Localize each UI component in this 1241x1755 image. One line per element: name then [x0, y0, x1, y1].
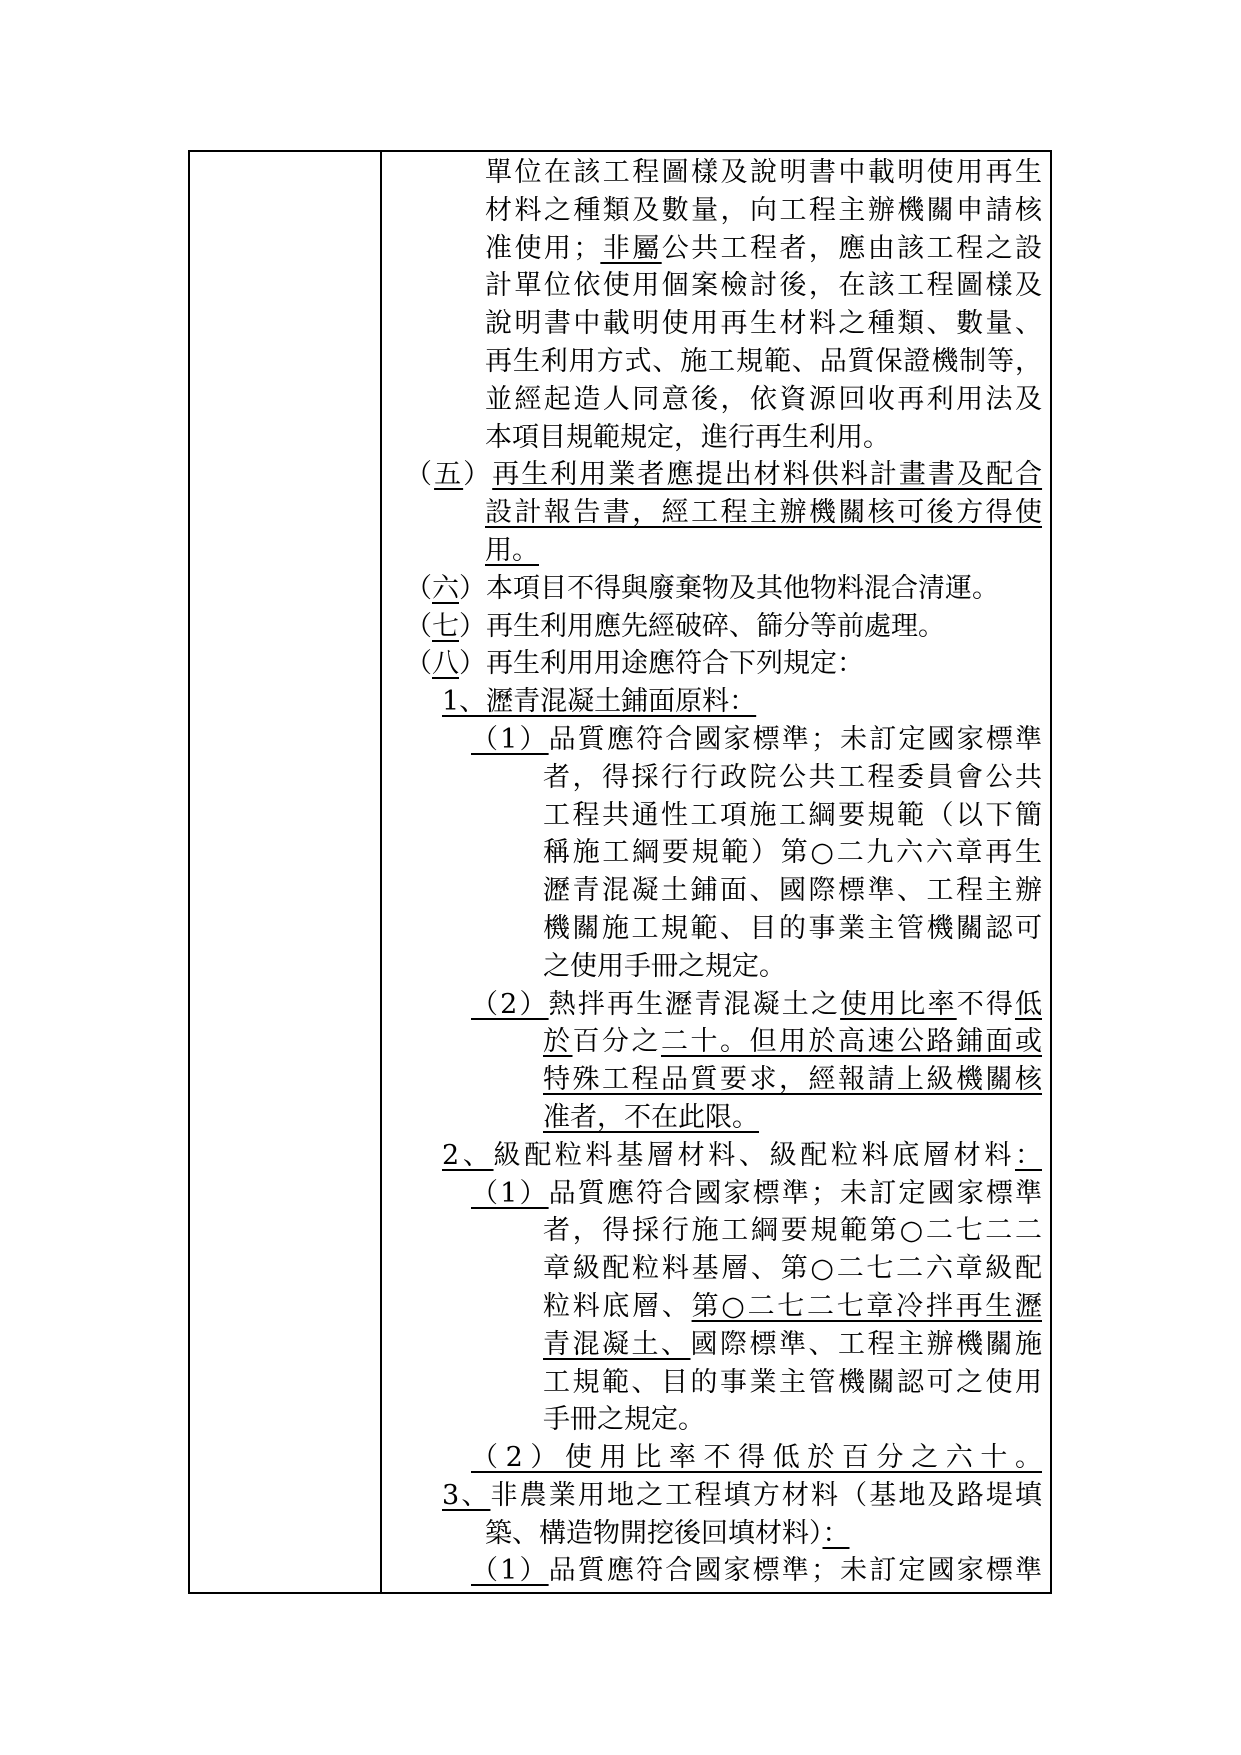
- text-run: 單位在該工程圖樣及說明書中載明使用再生: [485, 157, 1042, 188]
- text-run: 不得: [957, 989, 1015, 1020]
- text-run: 材料之種類及數量，向工程主辦機關申請核: [485, 195, 1042, 226]
- text-run: 再生利用方式、施工規範、品質保證機制等，: [485, 346, 1042, 377]
- text-run: 非農業用地之工程填方材料（基地及路堤填: [490, 1480, 1042, 1511]
- document-line: 者，得採行施工綱要規範第○二七二二: [382, 1212, 1042, 1250]
- document-line: 築、構造物開挖後回填材料）：: [382, 1515, 1042, 1553]
- text-run: （: [405, 573, 432, 604]
- underlined-text-run: 3、: [442, 1480, 490, 1511]
- underlined-text-run: 七: [432, 611, 459, 642]
- text-run: ）: [459, 648, 486, 679]
- document-line: 特殊工程品質要求，經報請上級機關核: [382, 1061, 1042, 1099]
- document-line: 計單位依使用個案檢討後，在該工程圖樣及: [382, 267, 1042, 305]
- underlined-text-run: 低: [1015, 989, 1042, 1020]
- text-run: 級配粒料基層材料、級配粒料底層材料: [494, 1140, 1015, 1171]
- text-run: 之使用手冊之規定。: [543, 951, 786, 982]
- document-line: 稱施工綱要規範）第○二九六六章再生: [382, 834, 1042, 872]
- page: 單位在該工程圖樣及說明書中載明使用再生材料之種類及數量，向工程主辦機關申請核准使…: [0, 0, 1241, 1755]
- text-run: 品質應符合國家標準；未訂定國家標準: [549, 1178, 1042, 1209]
- underlined-text-run: （1）: [471, 1555, 549, 1586]
- underlined-text-run: 准者，不在此限。: [543, 1102, 759, 1133]
- document-line: （五）再生利用業者應提出材料供料計畫書及配合: [382, 456, 1042, 494]
- document-line: 者，得採行行政院公共工程委員會公共: [382, 759, 1042, 797]
- text-run: 百分之: [573, 1026, 662, 1057]
- text-run: ）: [459, 573, 486, 604]
- underlined-text-run: 1、瀝青混凝土鋪面原料：: [442, 686, 756, 717]
- text-run: 者，得採行行政院公共工程委員會公共: [543, 762, 1042, 793]
- text-run: 瀝青混凝土鋪面、國際標準、工程主辦: [543, 875, 1042, 906]
- underlined-text-run: 用。: [485, 535, 539, 566]
- document-line: 機關施工規範、目的事業主管機關認可: [382, 910, 1042, 948]
- document-line: 2、級配粒料基層材料、級配粒料底層材料：: [382, 1137, 1042, 1175]
- document-line: 再生利用方式、施工規範、品質保證機制等，: [382, 343, 1042, 381]
- document-line: 設計報告書，經工程主辦機關核可後方得使: [382, 494, 1042, 532]
- text-run: 國際標準、工程主辦機關施: [691, 1329, 1043, 1360]
- text-run: 公共工程者，應由該工程之設: [662, 233, 1042, 264]
- document-line: 准者，不在此限。: [382, 1099, 1042, 1137]
- text-run: 本項目規範規定，進行再生利用。: [485, 422, 890, 453]
- document-line: 之使用手冊之規定。: [382, 948, 1042, 986]
- text-run: 說明書中載明使用再生材料之種類、數量、: [485, 308, 1042, 339]
- text-run: 准使用；: [485, 233, 600, 264]
- document-line: 並經起造人同意後，依資源回收再利用法及: [382, 381, 1042, 419]
- underlined-text-run: 使用比率: [840, 989, 957, 1020]
- text-run: 本項目不得與廢棄物及其他物料混合清運。: [486, 573, 999, 604]
- underlined-text-run: 青混凝土、: [543, 1329, 691, 1360]
- document-line: （1）品質應符合國家標準；未訂定國家標準: [382, 1175, 1042, 1213]
- underlined-text-run: 八: [432, 648, 459, 679]
- underlined-text-run: 於: [543, 1026, 573, 1057]
- document-line: 於百分之二十。但用於高速公路鋪面或: [382, 1023, 1042, 1061]
- underlined-text-run: （2）使用比率不得低於百分之六十。: [471, 1442, 1042, 1473]
- document-line: 瀝青混凝土鋪面、國際標準、工程主辦: [382, 872, 1042, 910]
- document-table: 單位在該工程圖樣及說明書中載明使用再生材料之種類及數量，向工程主辦機關申請核准使…: [188, 150, 1052, 1594]
- underlined-text-run: 特殊工程品質要求，經報請上級機關核: [543, 1064, 1042, 1095]
- document-line: （1）品質應符合國家標準；未訂定國家標準: [382, 721, 1042, 759]
- underlined-text-run: 再生利用業者應提出材料供料計畫書及配合: [492, 459, 1042, 490]
- underlined-text-run: （1）: [471, 1178, 549, 1209]
- text-run: 品質應符合國家標準；未訂定國家標準: [549, 1555, 1042, 1586]
- underlined-text-run: ：: [1015, 1140, 1042, 1171]
- underlined-text-run: 2、: [442, 1140, 494, 1171]
- document-line: 材料之種類及數量，向工程主辦機關申請核: [382, 192, 1042, 230]
- underlined-text-run: ：: [823, 1518, 850, 1549]
- text-run: 熱拌再生瀝青混凝土之: [549, 989, 840, 1020]
- text-run: 品質應符合國家標準；未訂定國家標準: [549, 724, 1042, 755]
- text-run: 再生利用用途應符合下列規定：: [486, 648, 864, 679]
- document-line: （八）再生利用用途應符合下列規定：: [382, 645, 1042, 683]
- text-run: （: [405, 648, 432, 679]
- text-run: 者，得採行施工綱要規範第○二七二二: [543, 1215, 1042, 1246]
- text-run: 築、構造物開挖後回填材料）: [485, 1518, 823, 1549]
- text-run: 手冊之規定。: [543, 1404, 705, 1435]
- underlined-text-run: 設計報告書，經工程主辦機關核可後方得使: [485, 497, 1042, 528]
- document-line: 單位在該工程圖樣及說明書中載明使用再生: [382, 154, 1042, 192]
- text-run: 再生利用應先經破碎、篩分等前處理。: [486, 611, 945, 642]
- underlined-text-run: （1）: [471, 724, 549, 755]
- document-line: （2）使用比率不得低於百分之六十。: [382, 1439, 1042, 1477]
- document-line: 用。: [382, 532, 1042, 570]
- table-cell-left-empty: [190, 152, 382, 1592]
- text-run: 章級配粒料基層、第○二七二六章級配: [543, 1253, 1042, 1284]
- text-run: 計單位依使用個案檢討後，在該工程圖樣及: [485, 270, 1042, 301]
- text-run: 並經起造人同意後，依資源回收再利用法及: [485, 384, 1042, 415]
- underlined-text-run: 二十。但用於高速公路鋪面或: [661, 1026, 1042, 1057]
- document-line: 粒料底層、第○二七二七章冷拌再生瀝: [382, 1288, 1042, 1326]
- document-line: （1）品質應符合國家標準；未訂定國家標準: [382, 1552, 1042, 1590]
- document-line: （六）本項目不得與廢棄物及其他物料混合清運。: [382, 570, 1042, 608]
- document-lines: 單位在該工程圖樣及說明書中載明使用再生材料之種類及數量，向工程主辦機關申請核准使…: [382, 154, 1042, 1590]
- text-run: 工程共通性工項施工綱要規範（以下簡: [543, 800, 1042, 831]
- document-line: 本項目規範規定，進行再生利用。: [382, 419, 1042, 457]
- text-run: 工規範、目的事業主管機關認可之使用: [543, 1367, 1042, 1398]
- text-run: 機關施工規範、目的事業主管機關認可: [543, 913, 1042, 944]
- document-line: 青混凝土、國際標準、工程主辦機關施: [382, 1326, 1042, 1364]
- document-line: 章級配粒料基層、第○二七二六章級配: [382, 1250, 1042, 1288]
- underlined-text-run: 六: [432, 573, 459, 604]
- document-line: （七）再生利用應先經破碎、篩分等前處理。: [382, 608, 1042, 646]
- underlined-text-run: 第○二七二七章冷拌再生瀝: [692, 1291, 1042, 1322]
- document-line: 工程共通性工項施工綱要規範（以下簡: [382, 797, 1042, 835]
- document-line: 工規範、目的事業主管機關認可之使用: [382, 1364, 1042, 1402]
- document-line: 3、非農業用地之工程填方材料（基地及路堤填: [382, 1477, 1042, 1515]
- table-cell-content: 單位在該工程圖樣及說明書中載明使用再生材料之種類及數量，向工程主辦機關申請核准使…: [382, 152, 1050, 1592]
- text-run: 粒料底層、: [543, 1291, 692, 1322]
- text-run: 稱施工綱要規範）第○二九六六章再生: [543, 837, 1042, 868]
- document-line: （2）熱拌再生瀝青混凝土之使用比率不得低: [382, 986, 1042, 1024]
- text-run: ）: [463, 459, 492, 490]
- text-run: （: [405, 459, 434, 490]
- underlined-text-run: 五: [434, 459, 463, 490]
- underlined-text-run: 非屬: [600, 233, 661, 264]
- document-line: 說明書中載明使用再生材料之種類、數量、: [382, 305, 1042, 343]
- document-line: 手冊之規定。: [382, 1401, 1042, 1439]
- underlined-text-run: （2）: [471, 989, 549, 1020]
- document-line: 准使用；非屬公共工程者，應由該工程之設: [382, 230, 1042, 268]
- text-run: ）: [459, 611, 486, 642]
- document-line: 1、瀝青混凝土鋪面原料：: [382, 683, 1042, 721]
- text-run: （: [405, 611, 432, 642]
